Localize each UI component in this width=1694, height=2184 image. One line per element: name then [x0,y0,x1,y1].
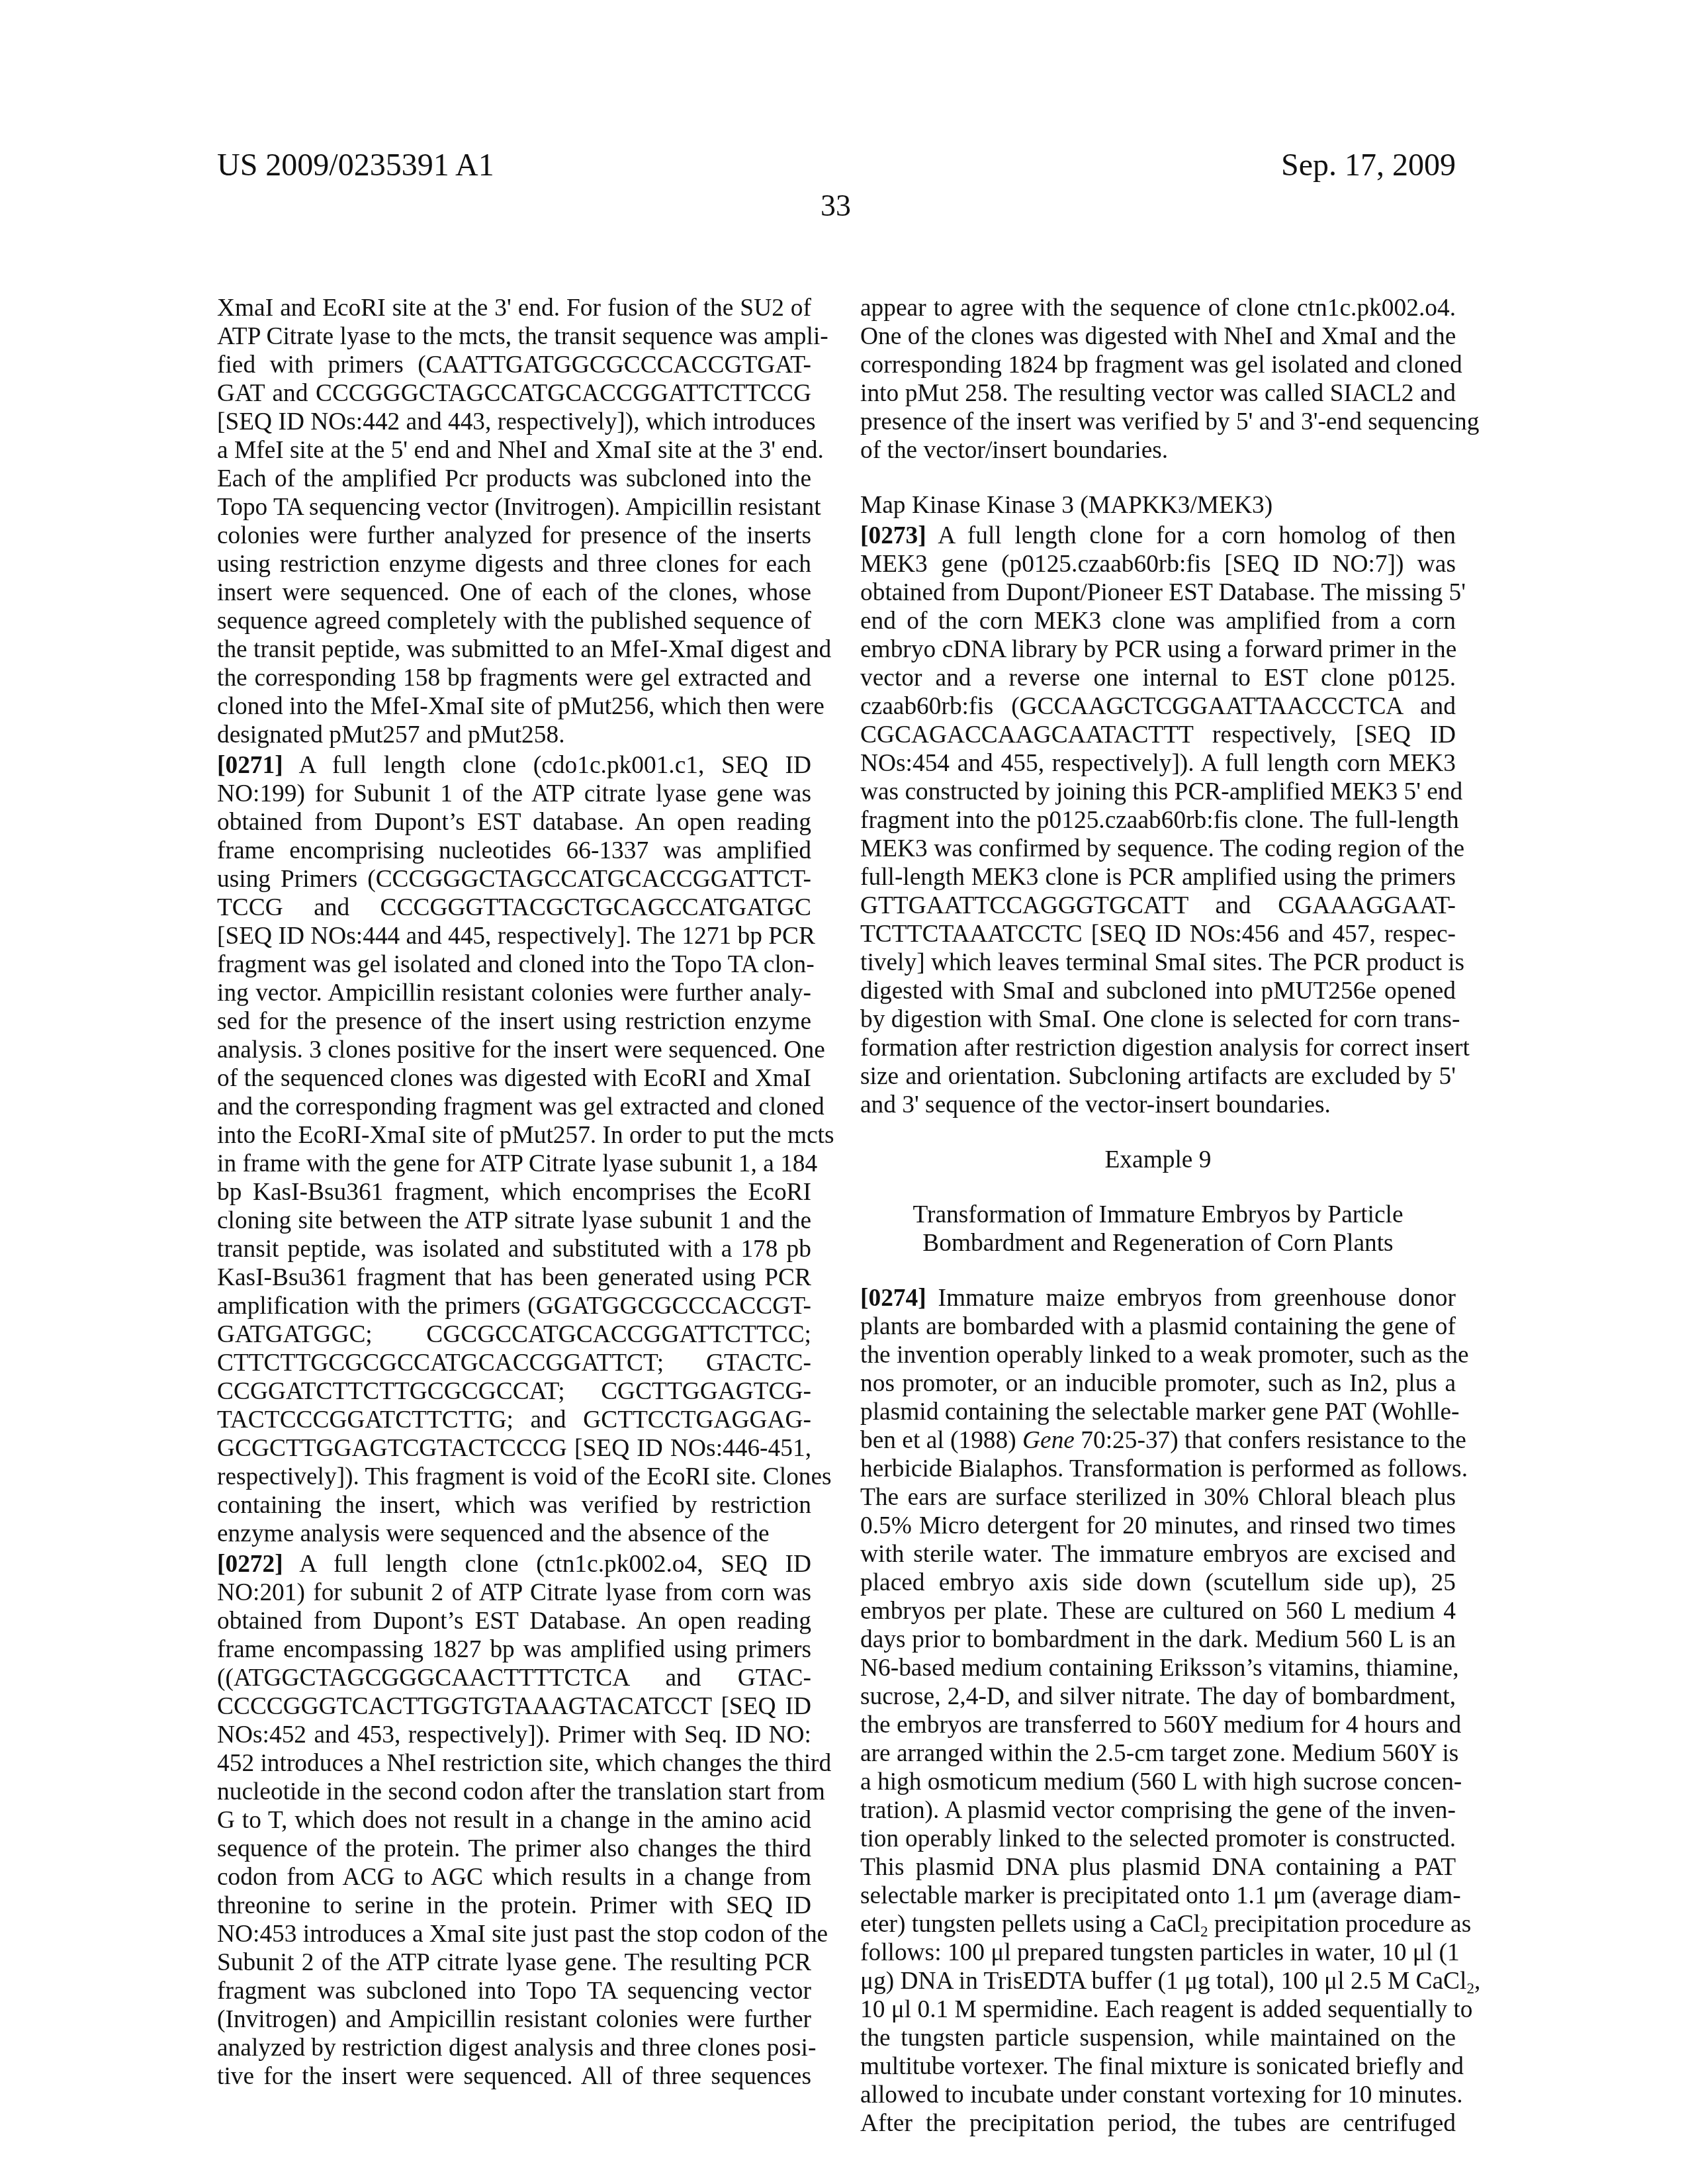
text-line: 10 μl 0.1 M spermidine. Each reagent is … [860,1995,1456,2024]
text-line: CTTCTTGCGCGCCATGCACCGGATTCT; GTACTC- [217,1349,811,1377]
text-line: a high osmoticum medium (560 L with high… [860,1768,1456,1796]
text-line: Topo TA sequencing vector (Invitrogen). … [217,493,811,522]
subheading-mek3: Map Kinase Kinase 3 (MAPKK3/MEK3) [860,491,1456,520]
text-line: appear to agree with the sequence of clo… [860,294,1456,322]
text-fragment: A full length clone (ctn1c.pk002.o4, SEQ… [299,1551,811,1578]
text-line: MEK3 was confirmed by sequence. The codi… [860,835,1456,863]
example-title-line: Transformation of Immature Embryos by Pa… [860,1201,1456,1229]
text-fragment: ben et al (1988) [860,1427,1022,1454]
text-line: ((ATGGCTAGCGGGCAACTTTTCTCA and GTAC- [217,1664,811,1692]
text-line: are arranged within the 2.5-cm target zo… [860,1739,1456,1768]
text-line: enzyme analysis were sequenced and the a… [217,1520,811,1548]
left-column: XmaI and EcoRI site at the 3' end. For f… [217,294,811,2091]
text-line: sucrose, 2,4-D, and silver nitrate. The … [860,1682,1456,1711]
example-title-block: Transformation of Immature Embryos by Pa… [860,1201,1456,1257]
paragraph-number: [0273] [860,522,926,549]
text-line: TACTCCCGGATCTTCTTG; and GCTTCCTGAGGAG- [217,1406,811,1434]
text-line: obtained from Dupont’s EST database. An … [217,808,811,837]
paragraph-continuation-left: XmaI and EcoRI site at the 3' end. For f… [217,294,811,749]
text-line: and 3' sequence of the vector-insert bou… [860,1091,1456,1119]
text-line: selectable marker is precipitated onto 1… [860,1882,1456,1910]
paragraph-0274: [0274] Immature maize embryos from green… [860,1284,1456,2138]
text-line: NO:199) for Subunit 1 of the ATP citrate… [217,780,811,808]
text-line: 0.5% Micro detergent for 20 minutes, and… [860,1512,1456,1540]
text-line: containing the insert, which was verifie… [217,1491,811,1520]
text-line: threonine to serine in the protein. Prim… [217,1891,811,1920]
text-line: GCGCTTGGAGTCGTACTCCCG [SEQ ID NOs:446-45… [217,1434,811,1463]
text-line: a MfeI site at the 5' end and NheI and X… [217,436,811,465]
text-line: by digestion with SmaI. One clone is sel… [860,1005,1456,1034]
text-line: nos promoter, or an inducible promoter, … [860,1369,1456,1398]
text-line: Subunit 2 of the ATP citrate lyase gene.… [217,1948,811,1977]
text-line: follows: 100 μl prepared tungsten partic… [860,1938,1456,1967]
text-line: GTTGAATTCCAGGGTGCATT and CGAAAGGAAT- [860,891,1456,920]
example-heading: Example 9 [860,1146,1456,1174]
text-line: TCTTCTAAATCCTC [SEQ ID NOs:456 and 457, … [860,920,1456,948]
example-heading-block: Example 9 [860,1146,1456,1174]
text-line: full-length MEK3 clone is PCR amplified … [860,863,1456,891]
text-line: NO:201) for subunit 2 of ATP Citrate lya… [217,1578,811,1607]
publication-number: US 2009/0235391 A1 [217,150,494,181]
text-line: with sterile water. The immature embryos… [860,1540,1456,1569]
text-line: G to T, which does not result in a chang… [217,1806,811,1835]
text-line: ATP Citrate lyase to the mcts, the trans… [217,322,811,351]
text-line: cloning site between the ATP sitrate lya… [217,1206,811,1235]
text-line: using restriction enzyme digests and thr… [217,550,811,578]
text-line-cacl2: eter) tungsten pellets using a CaCl2 pre… [860,1910,1456,1938]
text-line: tion operably linked to the selected pro… [860,1825,1456,1853]
paragraph-number: [0274] [860,1285,926,1312]
text-line: vector and a reverse one internal to EST… [860,664,1456,692]
text-line: transit peptide, was isolated and substi… [217,1235,811,1263]
paragraph-number: [0272] [217,1551,283,1578]
example-title-line: Bombardment and Regeneration of Corn Pla… [860,1229,1456,1257]
text-line: using Primers (CCCGGGCTAGCCATGCACCGGATTC… [217,865,811,893]
page-number: 33 [803,191,869,221]
text-fragment: 70:25-37) that confers resistance to the [1075,1427,1466,1454]
text-line: NO:453 introduces a XmaI site just past … [217,1920,811,1948]
text-line: size and orientation. Subcloning artifac… [860,1062,1456,1091]
text-line: presence of the insert was verified by 5… [860,408,1456,436]
section-subheading: Map Kinase Kinase 3 (MAPKK3/MEK3) [860,491,1456,520]
text-line: CGCAGACCAAGCAATACTTT respectively, [SEQ … [860,721,1456,749]
text-line: One of the clones was digested with NheI… [860,322,1456,351]
text-line: obtained from Dupont/Pioneer EST Databas… [860,578,1456,607]
text-line: XmaI and EcoRI site at the 3' end. For f… [217,294,811,322]
text-line: CCGGATCTTCTTGCGCGCCAT; CGCTTGGAGTCG- [217,1377,811,1406]
paragraph-0273: [0273] A full length clone for a corn ho… [860,522,1456,1119]
text-line: embryo cDNA library by PCR using a forwa… [860,635,1456,664]
text-line: placed embryo axis side down (scutellum … [860,1569,1456,1597]
text-fragment: , [1474,1968,1480,1995]
text-line: NOs:452 and 453, respectively]). Primer … [217,1721,811,1749]
text-line: the invention operably linked to a weak … [860,1341,1456,1369]
paragraph-0271: [0271] A full length clone (cdo1c.pk001.… [217,751,811,1548]
text-line: cloned into the MfeI-XmaI site of pMut25… [217,692,811,721]
text-line: tration). A plasmid vector comprising th… [860,1796,1456,1825]
text-line-cacl2: μg) DNA in TrisEDTA buffer (1 μg total),… [860,1967,1456,1995]
text-line: into the EcoRI-XmaI site of pMut257. In … [217,1121,811,1150]
text-fragment: Immature maize embryos from greenhouse d… [938,1285,1456,1312]
text-line: NOs:454 and 455, respectively]). A full … [860,749,1456,778]
text-line: The ears are surface sterilized in 30% C… [860,1483,1456,1512]
text-fragment: A full length clone (cdo1c.pk001.c1, SEQ… [298,752,811,779]
text-line: KasI-Bsu361 fragment that has been gener… [217,1263,811,1292]
text-line: the corresponding 158 bp fragments were … [217,664,811,692]
publication-date: Sep. 17, 2009 [1243,150,1456,181]
text-line: GAT and CCCGGGCTAGCCATGCACCGGATTCTTCCG [217,379,811,408]
text-line: and the corresponding fragment was gel e… [217,1093,811,1121]
text-line: amplification with the primers (GGATGGCG… [217,1292,811,1320]
text-line: the tungsten particle suspension, while … [860,2024,1456,2052]
text-line: the embryos are transferred to 560Y medi… [860,1711,1456,1739]
paragraph-0272: [0272] A full length clone (ctn1c.pk002.… [217,1550,811,2091]
text-line: into pMut 258. The resulting vector was … [860,379,1456,408]
text-line: [SEQ ID NOs:444 and 445, respectively]. … [217,922,811,950]
text-line: end of the corn MEK3 clone was amplified… [860,607,1456,635]
text-line: [0271] A full length clone (cdo1c.pk001.… [217,751,811,780]
text-line: multitube vortexer. The final mixture is… [860,2052,1456,2081]
text-line: ing vector. Ampicillin resistant colonie… [217,979,811,1007]
text-line: fragment was gel isolated and cloned int… [217,950,811,979]
text-line: of the vector/insert boundaries. [860,436,1456,465]
text-line: frame encomprising nucleotides 66-1337 w… [217,837,811,865]
journal-name: Gene [1022,1427,1075,1454]
text-line: insert were sequenced. One of each of th… [217,578,811,607]
paragraph-number: [0271] [217,752,283,779]
text-line: allowed to incubate under constant vorte… [860,2081,1456,2109]
right-column: appear to agree with the sequence of clo… [860,294,1456,2138]
text-line: MEK3 gene (p0125.czaab60rb:fis [SEQ ID N… [860,550,1456,578]
paragraph-continuation-right: appear to agree with the sequence of clo… [860,294,1456,465]
text-line: plasmid containing the selectable marker… [860,1398,1456,1426]
text-line: sequence of the protein. The primer also… [217,1835,811,1863]
text-line: 452 introduces a NheI restriction site, … [217,1749,811,1778]
text-line: respectively]). This fragment is void of… [217,1463,811,1491]
text-line: [SEQ ID NOs:442 and 443, respectively]),… [217,408,811,436]
text-line: [0274] Immature maize embryos from green… [860,1284,1456,1312]
text-line: tively] which leaves terminal SmaI sites… [860,948,1456,977]
text-line: herbicide Bialaphos. Transformation is p… [860,1455,1456,1483]
text-line: sed for the presence of the insert using… [217,1007,811,1036]
text-line: (Invitrogen) and Ampicillin resistant co… [217,2005,811,2034]
text-line: fied with primers (CAATTGATGGCGCCCACCGTG… [217,351,811,379]
text-line: was constructed by joining this PCR-ampl… [860,778,1456,806]
text-line: This plasmid DNA plus plasmid DNA contai… [860,1853,1456,1882]
text-line: corresponding 1824 bp fragment was gel i… [860,351,1456,379]
text-line: After the precipitation period, the tube… [860,2109,1456,2138]
text-line: N6-based medium containing Eriksson’s vi… [860,1654,1456,1682]
text-line: [0273] A full length clone for a corn ho… [860,522,1456,550]
text-line: designated pMut257 and pMut258. [217,721,811,749]
text-line: CCCCGGGTCACTTGGTGTAAAGTACATCCT [SEQ ID [217,1692,811,1721]
text-fragment: eter) tungsten pellets using a CaCl [860,1911,1200,1938]
subscript: 2 [1466,1980,1474,1997]
text-line: analysis. 3 clones positive for the inse… [217,1036,811,1064]
text-line: in frame with the gene for ATP Citrate l… [217,1150,811,1178]
text-line: days prior to bombardment in the dark. M… [860,1625,1456,1654]
text-line: GATGATGGC; CGCGCCATGCACCGGATTCTTCC; [217,1320,811,1349]
text-line: fragment was subcloned into Topo TA sequ… [217,1977,811,2005]
text-line-citation: ben et al (1988) Gene 70:25-37) that con… [860,1426,1456,1455]
text-line: Each of the amplified Pcr products was s… [217,465,811,493]
text-line: tive for the insert were sequenced. All … [217,2062,811,2091]
text-line: bp KasI-Bsu361 fragment, which encompris… [217,1178,811,1206]
text-line: formation after restriction digestion an… [860,1034,1456,1062]
text-line: of the sequenced clones was digested wit… [217,1064,811,1093]
text-line: sequence agreed completely with the publ… [217,607,811,635]
text-line: analyzed by restriction digest analysis … [217,2034,811,2062]
text-line: TCCG and CCCGGGTTACGCTGCAGCCATGATGC [217,893,811,922]
text-line: frame encompassing 1827 bp was amplified… [217,1635,811,1664]
text-line: [0272] A full length clone (ctn1c.pk002.… [217,1550,811,1578]
text-line: fragment into the p0125.czaab60rb:fis cl… [860,806,1456,835]
text-fragment: precipitation procedure as [1208,1911,1472,1938]
text-line: colonies were further analyzed for prese… [217,522,811,550]
text-line: czaab60rb:fis (GCCAAGCTCGGAATTAACCCTCA a… [860,692,1456,721]
text-line: digested with SmaI and subcloned into pM… [860,977,1456,1005]
text-line: codon from ACG to AGC which results in a… [217,1863,811,1891]
text-line: embryos per plate. These are cultured on… [860,1597,1456,1625]
text-fragment: μg) DNA in TrisEDTA buffer (1 μg total),… [860,1968,1466,1995]
text-line: obtained from Dupont’s EST Database. An … [217,1607,811,1635]
text-fragment: A full length clone for a corn homolog o… [938,522,1456,549]
text-line: the transit peptide, was submitted to an… [217,635,811,664]
text-line: plants are bombarded with a plasmid cont… [860,1312,1456,1341]
text-line: nucleotide in the second codon after the… [217,1778,811,1806]
